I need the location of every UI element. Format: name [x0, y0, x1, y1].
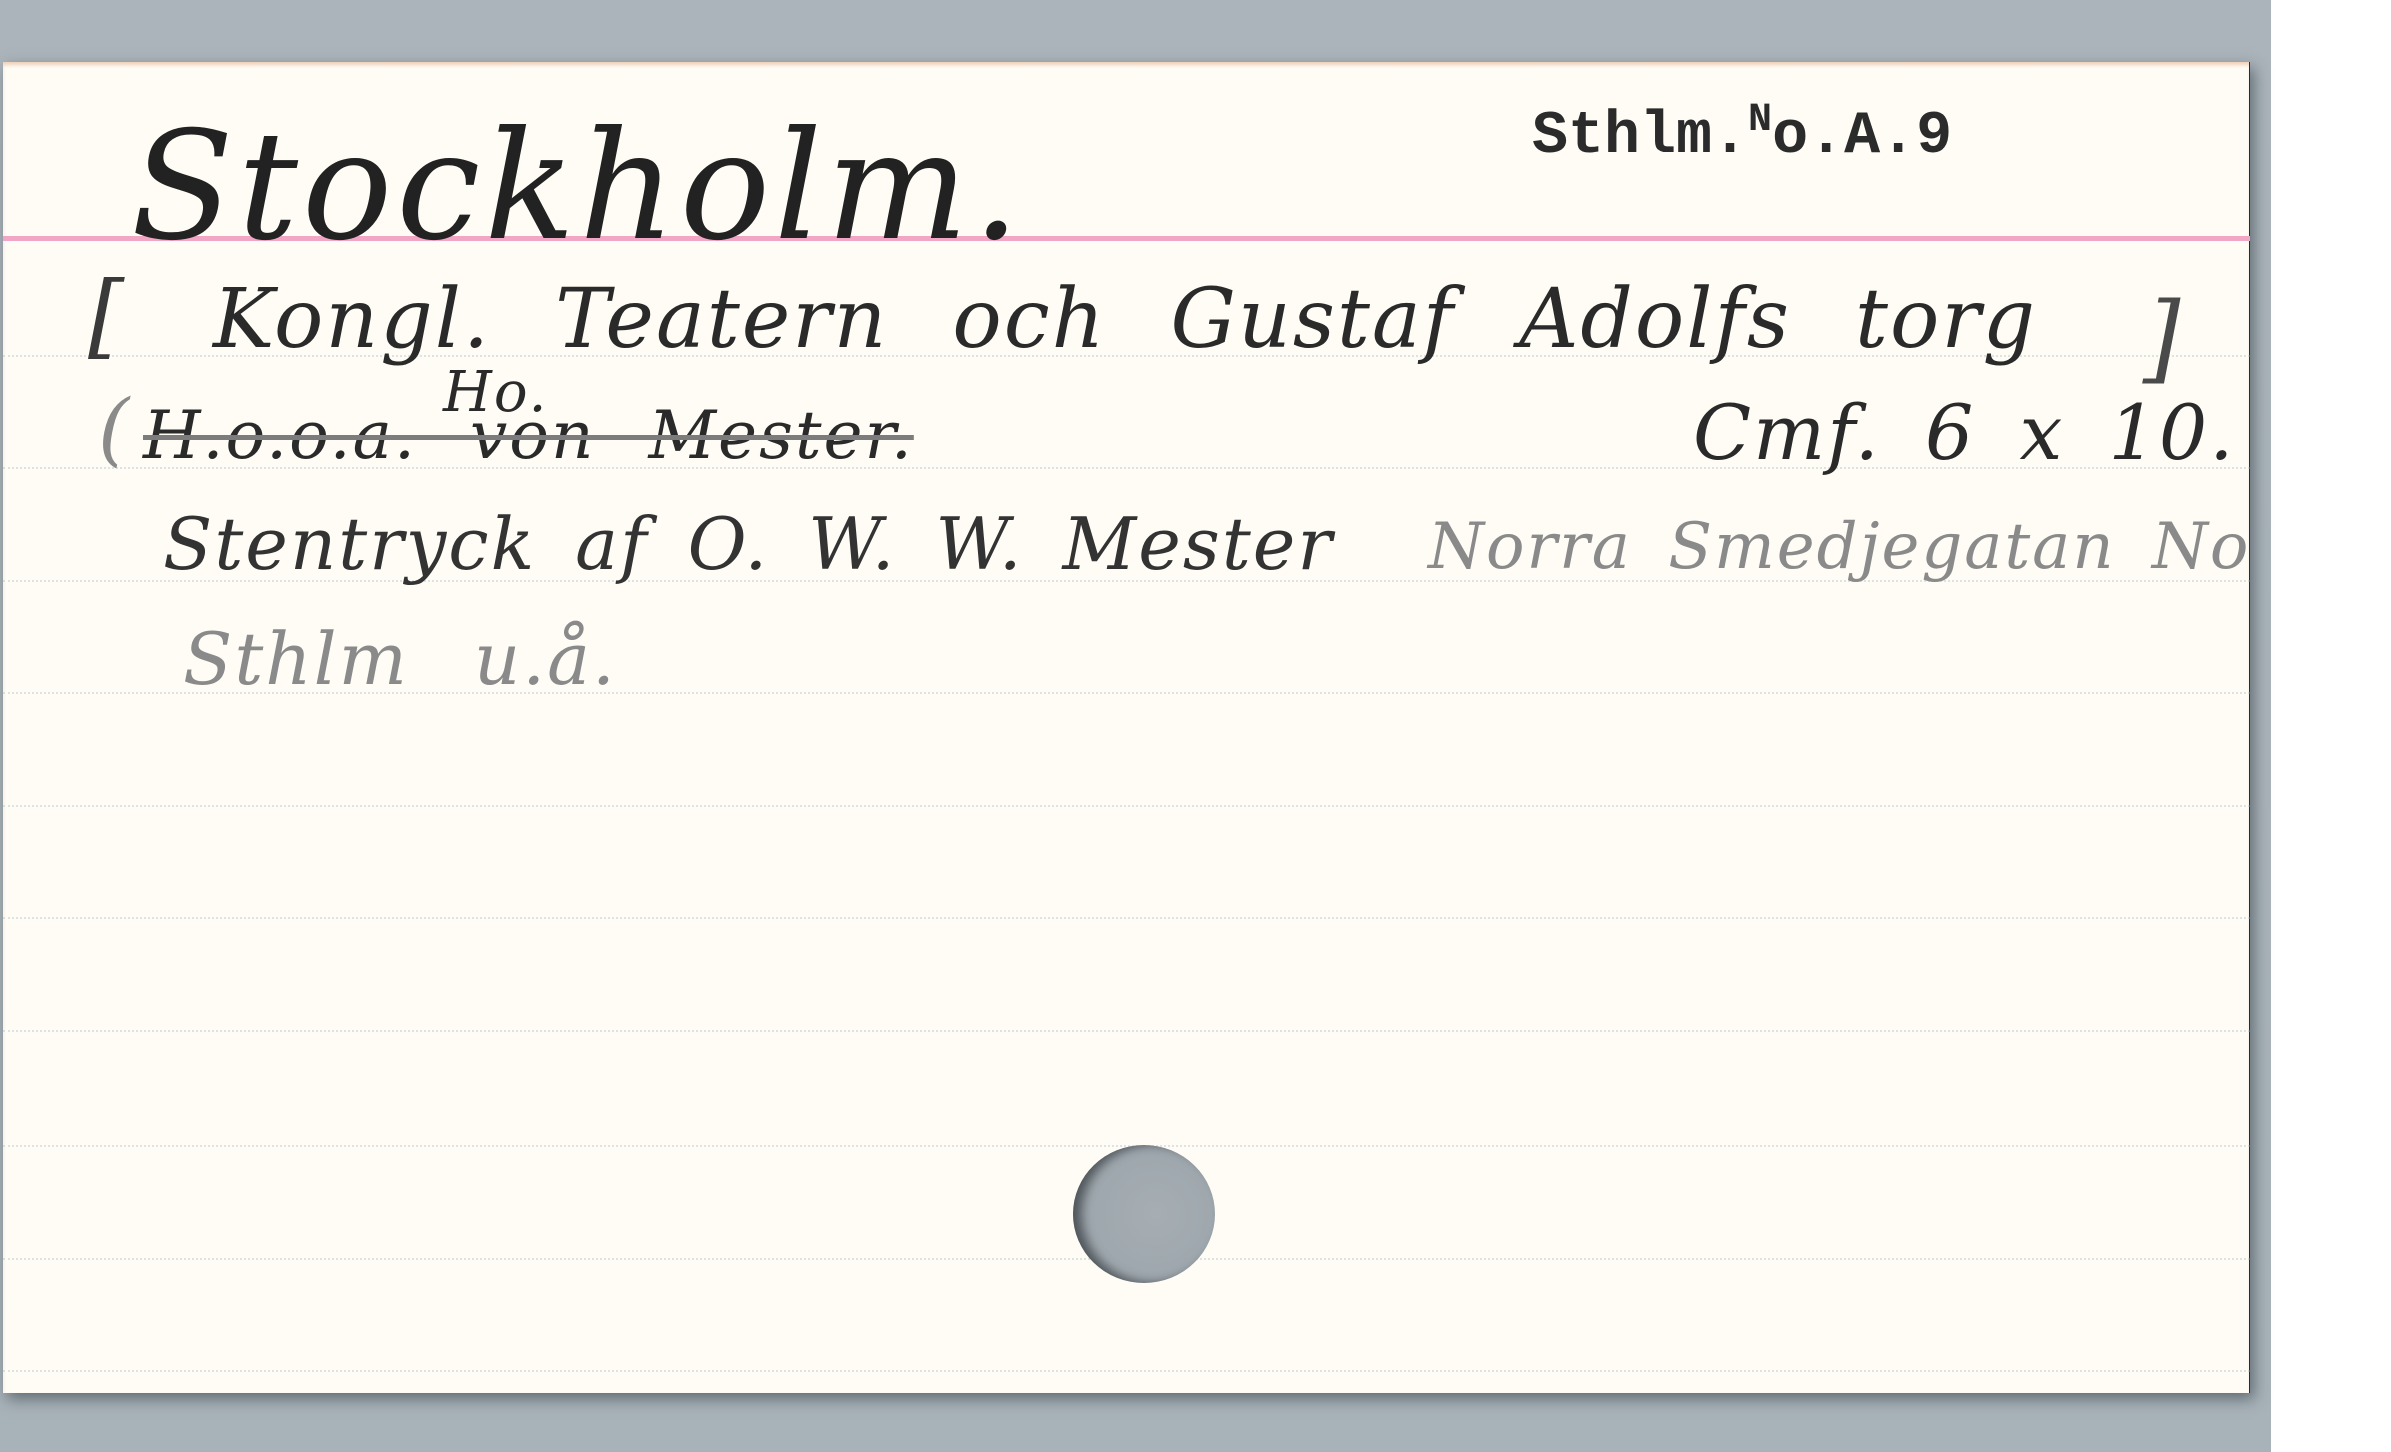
- size-label: Cmf. 6 x 10.: [1693, 388, 2235, 477]
- ruled-line: [3, 917, 2250, 919]
- call-number-suffix: o.A.9: [1772, 103, 1952, 171]
- ruled-line: [3, 1370, 2250, 1372]
- punch-hole: [1073, 1145, 1215, 1283]
- subject-heading: Kongl. Teatern och Gustaf Adolfs torg: [213, 272, 2037, 367]
- call-number-prefix: Sthlm.: [1532, 103, 1748, 171]
- place-date-line: Sthlm u.å.: [183, 617, 617, 701]
- pencil-bracket: (: [98, 382, 131, 475]
- call-number: Sthlm.No.A.9: [1532, 98, 1952, 171]
- call-number-sup: N: [1748, 98, 1772, 143]
- ruled-line: [3, 1030, 2250, 1032]
- catalog-card: Stockholm. Sthlm.No.A.9 [ Kongl. Teatern…: [3, 62, 2250, 1393]
- ruled-line: [3, 805, 2250, 807]
- subject-close-bracket: ]: [2143, 282, 2182, 394]
- subject-open-bracket: [: [88, 262, 126, 369]
- printer-line: Stentryck af O. W. W. Mester: [163, 502, 1334, 586]
- address-line: Norra Smedjegatan No 14.: [1428, 510, 2250, 584]
- struck-attribution: H.o.o.a. von Mester.: [143, 397, 914, 474]
- card-title: Stockholm.: [131, 100, 1024, 274]
- card-right-edge: [2249, 62, 2250, 1393]
